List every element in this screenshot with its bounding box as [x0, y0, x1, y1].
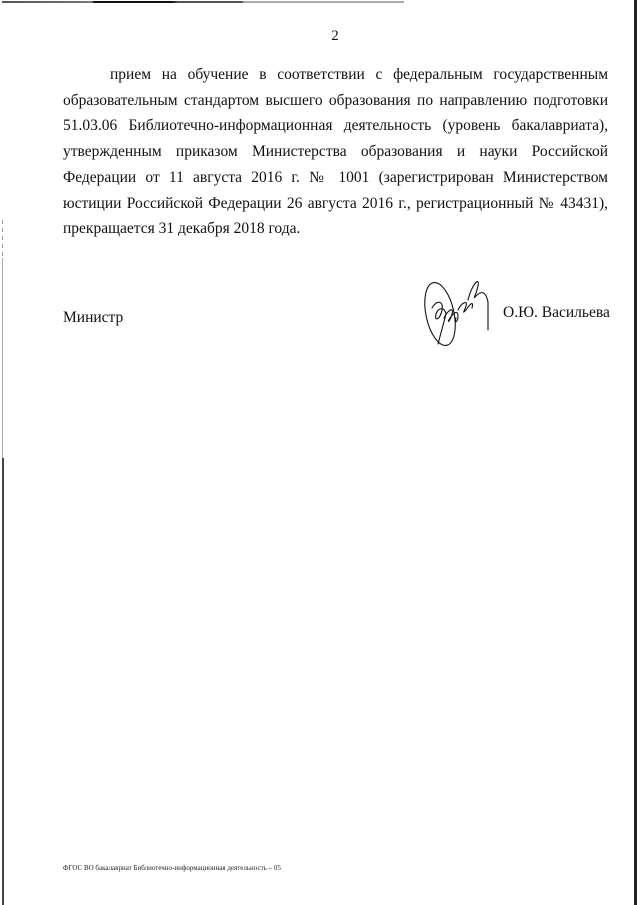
document-body: прием на обучение в соответствии с федер…: [63, 62, 608, 242]
scan-edge-left-dark: [2, 458, 4, 905]
handwritten-signature-icon: [418, 270, 500, 350]
signature-block: Министр О.Ю. Васильева: [0, 262, 640, 352]
signer-name: О.Ю. Васильева: [503, 304, 610, 322]
signer-title: Министр: [63, 309, 123, 327]
scan-edge-left-dashed: [2, 220, 3, 260]
body-paragraph: прием на обучение в соответствии с федер…: [63, 62, 608, 242]
page-number: 2: [0, 28, 640, 45]
scan-edge-right: [634, 0, 637, 905]
footer-document-id: ФГОС ВО бакалавриат Библиотечно-информац…: [63, 864, 281, 872]
scan-edge-top: [2, 1, 404, 3]
